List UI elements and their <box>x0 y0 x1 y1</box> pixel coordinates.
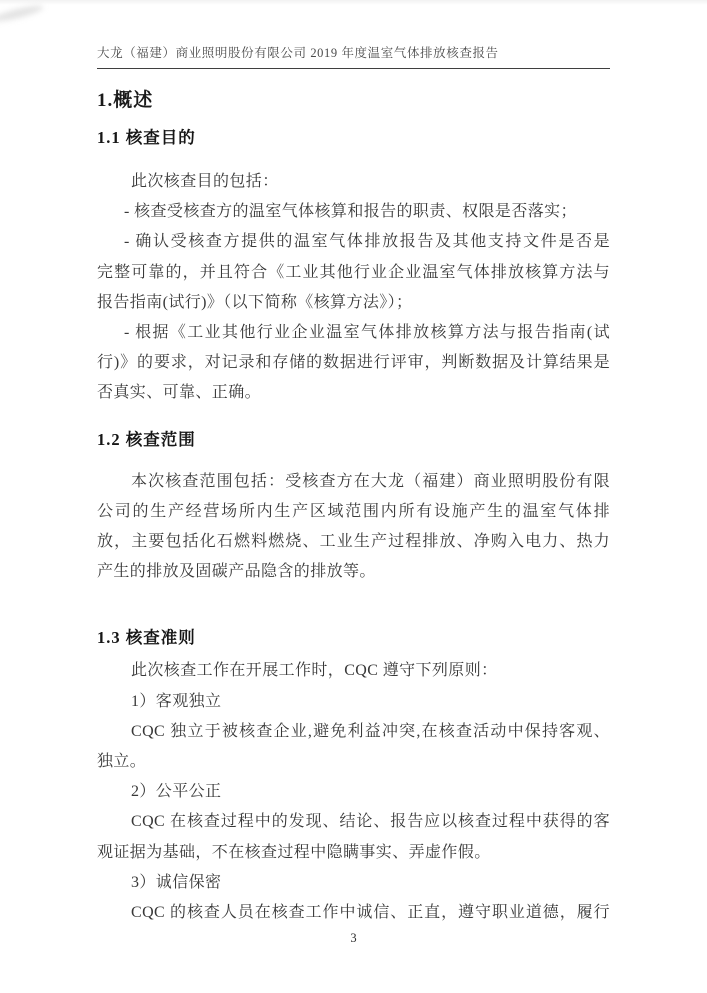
body-line: 否真实、可靠、正确。 <box>97 378 610 408</box>
body-line: CQC 在核查过程中的发现、结论、报告应以核查过程中获得的客 <box>97 807 610 837</box>
body-line: 产生的排放及固碳产品隐含的排放等。 <box>97 557 610 587</box>
body-line: 本次核查范围包括：受核查方在大龙（福建）商业照明股份有限 <box>97 467 610 497</box>
section-title-1-2: 1.2 核查范围 <box>97 429 610 451</box>
body-line: 1）客观独立 <box>97 687 610 717</box>
page-number: 3 <box>97 931 610 946</box>
body-line: 观证据为基础，不在核查过程中隐瞒事实、弄虚作假。 <box>97 838 610 868</box>
body-line: 放，主要包括化石燃料燃烧、工业生产过程排放、净购入电力、热力 <box>97 527 610 557</box>
body-line: 行)》的要求，对记录和存储的数据进行评审，判断数据及计算结果是 <box>97 348 610 378</box>
body-line: 此次核查目的包括： <box>97 167 610 197</box>
section-title-1-1: 1.1 核查目的 <box>97 127 610 149</box>
section-body-1-3: 此次核查工作在开展工作时，CQC 遵守下列原则： 1）客观独立 CQC 独立于被… <box>97 656 610 928</box>
section-body-1-1: 此次核查目的包括： - 核查受核查方的温室气体核算和报告的职责、权限是否落实； … <box>97 167 610 409</box>
body-line: 此次核查工作在开展工作时，CQC 遵守下列原则： <box>97 656 610 686</box>
body-line: CQC 独立于被核查企业,避免利益冲突,在核查活动中保持客观、 <box>97 717 610 747</box>
body-line: - 核查受核查方的温室气体核算和报告的职责、权限是否落实； <box>97 197 610 227</box>
body-line: 2）公平公正 <box>97 777 610 807</box>
body-line: 报告指南(试行)》（以下简称《核算方法》）； <box>97 288 610 318</box>
page-header-title: 大龙（福建）商业照明股份有限公司 2019 年度温室气体排放核查报告 <box>97 45 610 69</box>
body-line: - 根据《工业其他行业企业温室气体排放核算方法与报告指南(试 <box>97 318 610 348</box>
section-body-1-2: 本次核查范围包括：受核查方在大龙（福建）商业照明股份有限 公司的生产经营场所内生… <box>97 467 610 588</box>
body-line: 3）诚信保密 <box>97 868 610 898</box>
body-line: 独立。 <box>97 747 610 777</box>
section-title-1-3: 1.3 核查准则 <box>97 627 610 649</box>
body-line: - 确认受核查方提供的温室气体排放报告及其他支持文件是否是 <box>97 227 610 257</box>
document-page: 大龙（福建）商业照明股份有限公司 2019 年度温室气体排放核查报告 1.概述 … <box>0 0 707 993</box>
body-line: 完整可靠的，并且符合《工业其他行业企业温室气体排放核算方法与 <box>97 258 610 288</box>
chapter-heading: 1.概述 <box>97 89 610 113</box>
body-line: 公司的生产经营场所内生产区域范围内所有设施产生的温室气体排 <box>97 497 610 527</box>
body-line: CQC 的核查人员在核查工作中诚信、正直，遵守职业道德，履行 <box>97 898 610 928</box>
